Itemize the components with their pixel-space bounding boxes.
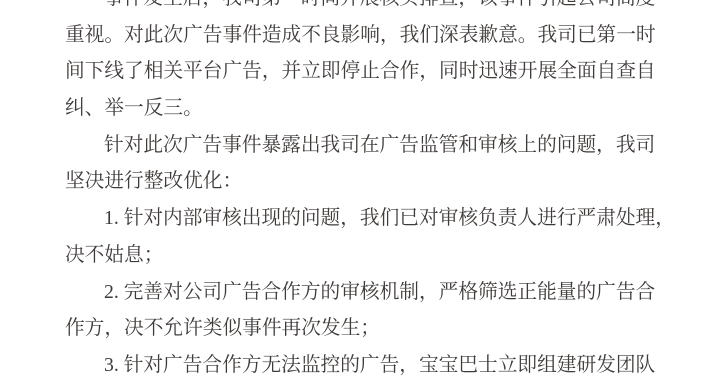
statement-line-item-3: 3. 针对广告合作方无法监控的广告，宝宝巴士立即组建研发团队 — [65, 347, 659, 380]
statement-line-clipped: 事件发生后，我司第一时间开展核实排查，该事件引起公司高度 — [65, 0, 659, 17]
statement-line: 间下线了相关平台广告，并立即停止合作，同时迅速开展全面自查自 — [65, 53, 659, 90]
statement-line: 决不姑息； — [65, 237, 659, 274]
statement-line-item-1: 1. 针对内部审核出现的问题，我们已对审核负责人进行严肃处理， — [65, 200, 659, 237]
statement-line-item-2: 2. 完善对公司广告合作方的审核机制，严格筛选正能量的广告合 — [65, 274, 659, 311]
statement-line: 坚决进行整改优化： — [65, 163, 659, 200]
statement-line: 针对此次广告事件暴露出我司在广告监管和审核上的问题，我司 — [65, 127, 659, 164]
statement-text-block: 事件发生后，我司第一时间开展核实排查，该事件引起公司高度 重视。对此次广告事件造… — [65, 0, 659, 380]
statement-line: 纠、举一反三。 — [65, 90, 659, 127]
document-page: 事件发生后，我司第一时间开展核实排查，该事件引起公司高度 重视。对此次广告事件造… — [0, 0, 720, 380]
statement-line: 作方，决不允许类似事件再次发生； — [65, 310, 659, 347]
statement-line: 重视。对此次广告事件造成不良影响，我们深表歉意。我司已第一时 — [65, 17, 659, 54]
